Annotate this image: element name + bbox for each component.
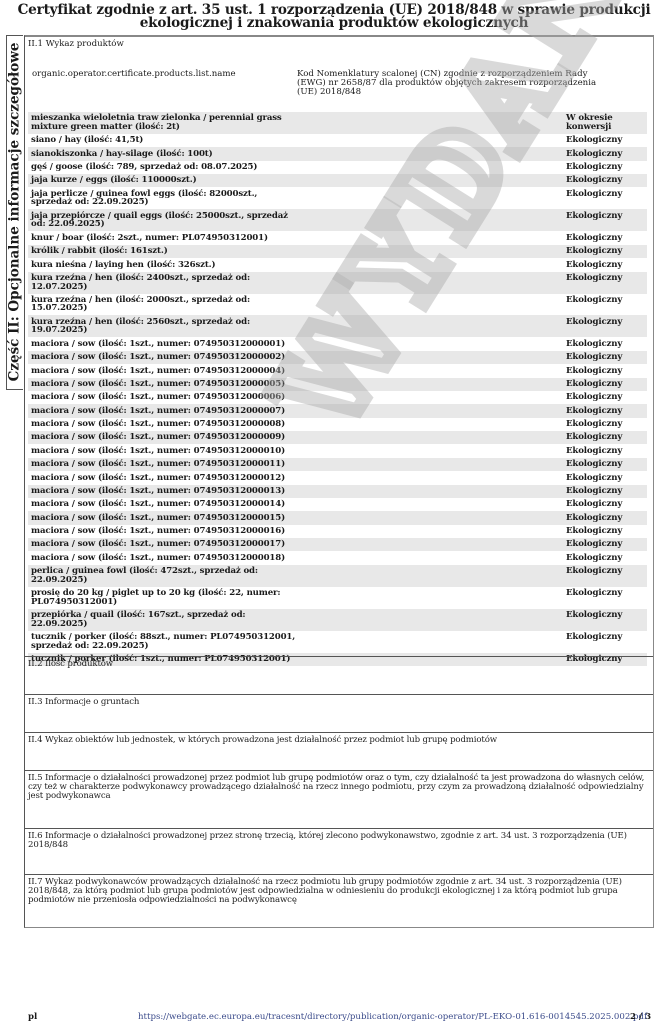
product-status: Ekologiczny [566,212,636,221]
footer-page-number: 2 / 3 [630,1012,651,1022]
product-status: Ekologiczny [566,163,636,172]
product-name: sianokiszonka / hay-silage (ilość: 100t) [31,150,301,159]
product-row: maciora / sow (ilość: 1szt., numer: 0749… [28,431,647,444]
product-status: Ekologiczny [566,380,636,389]
product-row: jaja perlicze / guinea fowl eggs (ilość:… [28,187,647,209]
section-ii1: II.1 Wykaz produktów organic.operator.ce… [25,36,653,656]
product-status: Ekologiczny [566,447,636,456]
section-ii6-label: II.6 Informacje o działalności prowadzon… [28,832,647,850]
product-name: jaja przepiórcze / quail eggs (ilość: 25… [31,212,301,229]
product-name: maciora / sow (ilość: 1szt., numer: 0749… [31,353,301,362]
document-title: Certyfikat zgodnie z art. 35 ust. 1 rozp… [0,4,668,30]
product-status: W okresie konwersji [566,114,636,131]
product-status: Ekologiczny [566,487,636,496]
product-row: maciora / sow (ilość: 1szt., numer: 0749… [28,444,647,457]
product-row: sianokiszonka / hay-silage (ilość: 100t)… [28,147,647,160]
product-row: kura nieśna / laying hen (ilość: 326szt.… [28,258,647,271]
product-name: maciora / sow (ilość: 1szt., numer: 0749… [31,500,301,509]
column-header-product-name: organic.operator.certificate.products.li… [32,70,236,79]
product-row: przepiórka / quail (ilość: 167szt., sprz… [28,609,647,631]
part-ii-frame: II.1 Wykaz produktów organic.operator.ce… [24,35,654,928]
section-ii4: II.4 Wykaz obiektów lub jednostek, w któ… [25,732,653,770]
product-row: maciora / sow (ilość: 1szt., numer: 0749… [28,525,647,538]
product-status: Ekologiczny [566,190,636,199]
product-status: Ekologiczny [566,247,636,256]
section-ii3: II.3 Informacje o gruntach [25,694,653,732]
product-name: kura rzeźna / hen (ilość: 2560szt., sprz… [31,318,301,335]
product-status: Ekologiczny [566,150,636,159]
product-status: Ekologiczny [566,296,636,305]
section-ii4-label: II.4 Wykaz obiektów lub jednostek, w któ… [28,736,647,745]
product-name: maciora / sow (ilość: 1szt., numer: 0749… [31,420,301,429]
product-name: kura nieśna / laying hen (ilość: 326szt.… [31,261,301,270]
product-name: maciora / sow (ilość: 1szt., numer: 0749… [31,487,301,496]
product-status: Ekologiczny [566,514,636,523]
product-row: prosię do 20 kg / piglet up to 20 kg (il… [28,587,647,609]
product-name: tucznik / porker (ilość: 88szt., numer: … [31,633,301,650]
product-status: Ekologiczny [566,136,636,145]
product-list: mieszanka wieloletnia traw zielonka / pe… [28,112,647,666]
product-row: maciora / sow (ilość: 1szt., numer: 0749… [28,391,647,404]
footer-language: pl [28,1012,37,1022]
product-name: maciora / sow (ilość: 1szt., numer: 0749… [31,447,301,456]
product-status: Ekologiczny [566,433,636,442]
product-name: knur / boar (ilość: 2szt., numer: PL0749… [31,234,301,243]
product-row: kura rzeźna / hen (ilość: 2560szt., sprz… [28,315,647,337]
product-name: maciora / sow (ilość: 1szt., numer: 0749… [31,407,301,416]
product-name: maciora / sow (ilość: 1szt., numer: 0749… [31,540,301,549]
product-name: maciora / sow (ilość: 1szt., numer: 0749… [31,554,301,563]
product-name: maciora / sow (ilość: 1szt., numer: 0749… [31,340,301,349]
section-ii6: II.6 Informacje o działalności prowadzon… [25,828,653,874]
product-status: Ekologiczny [566,234,636,243]
section-ii7-label: II.7 Wykaz podwykonawców prowadzących dz… [28,878,647,905]
product-name: przepiórka / quail (ilość: 167szt., sprz… [31,611,301,628]
product-status: Ekologiczny [566,567,636,576]
product-row: maciora / sow (ilość: 1szt., numer: 0749… [28,511,647,524]
column-header-cn-code: Kod Nomenklatury scalonej (CN) zgodnie z… [297,70,597,97]
product-status: Ekologiczny [566,500,636,509]
section-ii1-heading: II.1 Wykaz produktów [28,40,124,49]
product-row: maciora / sow (ilość: 1szt., numer: 0749… [28,485,647,498]
product-status: Ekologiczny [566,633,636,642]
section-ii2: II.2 Ilość produktów [25,656,653,694]
product-row: maciora / sow (ilość: 1szt., numer: 0749… [28,538,647,551]
product-name: gęś / goose (ilość: 789, sprzedaż od: 08… [31,163,301,172]
product-name: maciora / sow (ilość: 1szt., numer: 0749… [31,460,301,469]
product-row: maciora / sow (ilość: 1szt., numer: 0749… [28,458,647,471]
section-ii5-label: II.5 Informacje o działalności prowadzon… [28,774,647,801]
product-row: mieszanka wieloletnia traw zielonka / pe… [28,112,647,134]
product-row: perlica / guinea fowl (ilość: 472szt., s… [28,565,647,587]
product-status: Ekologiczny [566,393,636,402]
product-name: jaja perlicze / guinea fowl eggs (ilość:… [31,190,301,207]
section-ii7: II.7 Wykaz podwykonawców prowadzących dz… [25,874,653,929]
product-row: maciora / sow (ilość: 1szt., numer: 0749… [28,418,647,431]
product-row: kura rzeźna / hen (ilość: 2000szt., sprz… [28,294,647,316]
product-name: mieszanka wieloletnia traw zielonka / pe… [31,114,301,131]
footer-document-link[interactable]: https://webgate.ec.europa.eu/tracesnt/di… [138,1012,647,1022]
product-row: maciora / sow (ilość: 1szt., numer: 0749… [28,351,647,364]
product-row: jaja przepiórcze / quail eggs (ilość: 25… [28,209,647,231]
product-status: Ekologiczny [566,274,636,283]
product-row: tucznik / porker (ilość: 88szt., numer: … [28,631,647,653]
product-row: gęś / goose (ilość: 789, sprzedaż od: 08… [28,161,647,174]
product-row: maciora / sow (ilość: 1szt., numer: 0749… [28,471,647,484]
section-ii3-label: II.3 Informacje o gruntach [28,698,647,707]
product-status: Ekologiczny [566,589,636,598]
product-name: maciora / sow (ilość: 1szt., numer: 0749… [31,433,301,442]
product-row: maciora / sow (ilość: 1szt., numer: 0749… [28,378,647,391]
product-status: Ekologiczny [566,353,636,362]
product-status: Ekologiczny [566,407,636,416]
product-name: maciora / sow (ilość: 1szt., numer: 0749… [31,367,301,376]
product-name: maciora / sow (ilość: 1szt., numer: 0749… [31,527,301,536]
product-status: Ekologiczny [566,460,636,469]
product-name: prosię do 20 kg / piglet up to 20 kg (il… [31,589,301,606]
product-name: jaja kurze / eggs (ilość: 110000szt.) [31,176,301,185]
product-row: królik / rabbit (ilość: 161szt.)Ekologic… [28,245,647,258]
section-ii5: II.5 Informacje o działalności prowadzon… [25,770,653,828]
product-row: knur / boar (ilość: 2szt., numer: PL0749… [28,231,647,244]
product-name: maciora / sow (ilość: 1szt., numer: 0749… [31,474,301,483]
product-name: maciora / sow (ilość: 1szt., numer: 0749… [31,393,301,402]
product-row: siano / hay (ilość: 41,5t)Ekologiczny [28,134,647,147]
product-status: Ekologiczny [566,554,636,563]
product-row: maciora / sow (ilość: 1szt., numer: 0749… [28,364,647,377]
product-row: maciora / sow (ilość: 1szt., numer: 0749… [28,551,647,564]
product-name: maciora / sow (ilość: 1szt., numer: 0749… [31,514,301,523]
product-status: Ekologiczny [566,367,636,376]
product-status: Ekologiczny [566,527,636,536]
part-ii-side-label: Część II: Opcjonalne informacje szczegół… [7,35,24,390]
product-name: kura rzeźna / hen (ilość: 2400szt., sprz… [31,274,301,291]
product-name: maciora / sow (ilość: 1szt., numer: 0749… [31,380,301,389]
product-name: kura rzeźna / hen (ilość: 2000szt., sprz… [31,296,301,313]
product-row: kura rzeźna / hen (ilość: 2400szt., sprz… [28,272,647,294]
product-name: królik / rabbit (ilość: 161szt.) [31,247,301,256]
product-name: siano / hay (ilość: 41,5t) [31,136,301,145]
product-status: Ekologiczny [566,420,636,429]
product-status: Ekologiczny [566,340,636,349]
section-ii2-label: II.2 Ilość produktów [28,660,647,669]
product-row: maciora / sow (ilość: 1szt., numer: 0749… [28,337,647,350]
product-row: maciora / sow (ilość: 1szt., numer: 0749… [28,404,647,417]
product-status: Ekologiczny [566,540,636,549]
product-row: maciora / sow (ilość: 1szt., numer: 0749… [28,498,647,511]
product-status: Ekologiczny [566,261,636,270]
product-status: Ekologiczny [566,176,636,185]
product-status: Ekologiczny [566,611,636,620]
product-name: perlica / guinea fowl (ilość: 472szt., s… [31,567,301,584]
product-row: jaja kurze / eggs (ilość: 110000szt.)Eko… [28,174,647,187]
product-status: Ekologiczny [566,318,636,327]
product-status: Ekologiczny [566,474,636,483]
